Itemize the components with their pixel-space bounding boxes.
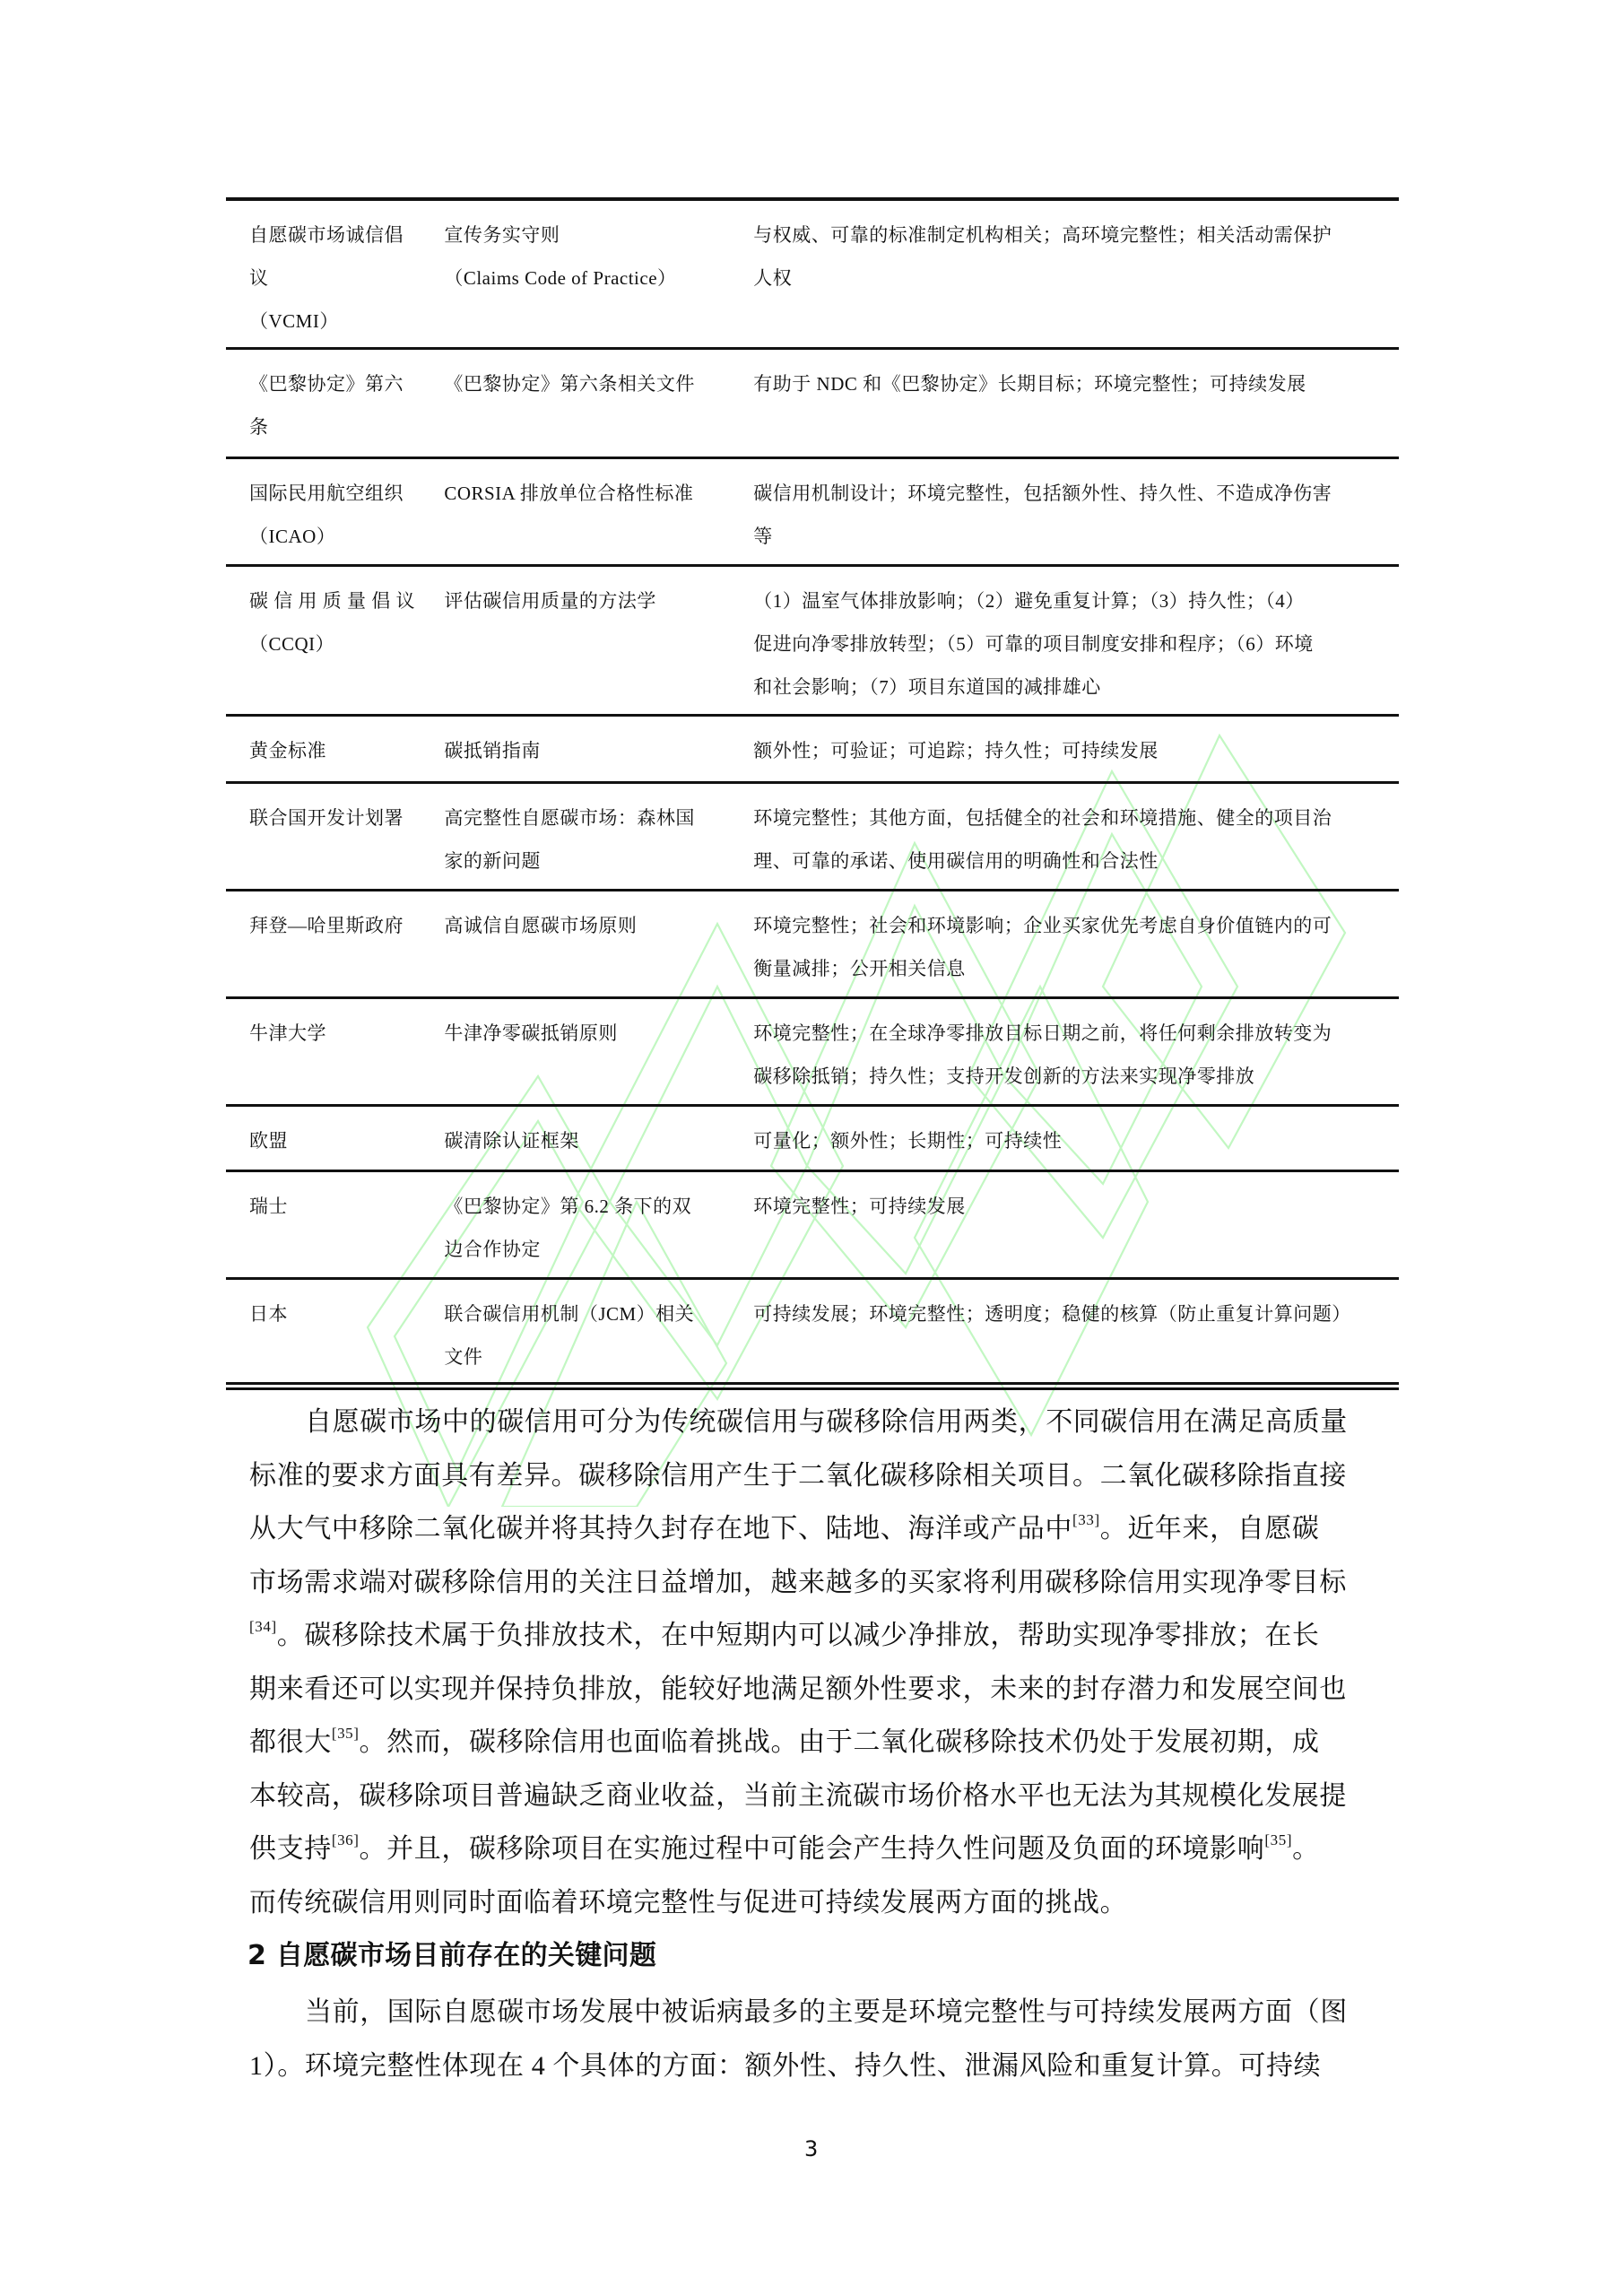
citation: [35]	[1264, 1831, 1292, 1848]
document-cell: 牛津净零碳抵销原则	[444, 999, 753, 1104]
document-cell: 《巴黎协定》第六条相关文件	[444, 350, 753, 457]
criteria-cell: 额外性；可验证；可追踪；持久性；可持续发展	[753, 717, 1399, 781]
section-heading: 2 自愿碳市场目前存在的关键问题	[247, 1933, 656, 1972]
criteria-cell: 环境完整性；其他方面，包括健全的社会和环境措施、健全的项目治 理、可靠的承诺、使…	[753, 784, 1399, 889]
page-number: 3	[804, 2136, 818, 2161]
paragraph-line: 1）。环境完整性体现在 4 个具体的方面：额外性、持久性、泄漏风险和重复计算。可…	[249, 2039, 1386, 2093]
criteria-cell: 可持续发展；环境完整性；透明度；稳健的核算（防止重复计算问题）	[753, 1280, 1399, 1382]
paragraph-line: 标准的要求方面具有差异。碳移除信用产生于二氧化碳移除相关项目。二氧化碳移除指直接	[249, 1449, 1386, 1503]
paragraph-key-issues: 当前，国际自愿碳市场发展中被诟病最多的主要是环境完整性与可持续发展两方面（图 1…	[249, 1986, 1386, 2092]
paragraph-line: 而传统碳信用则同时面临着环境完整性与促进可持续发展两方面的挑战。	[249, 1876, 1386, 1930]
organization-cell: 联合国开发计划署	[226, 784, 444, 889]
document-cell: 高完整性自愿碳市场：森林国 家的新问题	[444, 784, 753, 889]
document-cell: 宣传务实守则 （Claims Code of Practice）	[444, 201, 753, 347]
criteria-cell: 碳信用机制设计；环境完整性，包括额外性、持久性、不造成净伤害 等	[753, 459, 1399, 564]
organization-cell: 日本	[226, 1280, 444, 1382]
paragraph-line: 当前，国际自愿碳市场发展中被诟病最多的主要是环境完整性与可持续发展两方面（图	[249, 1986, 1386, 2039]
citation: [36]	[332, 1831, 360, 1848]
table-row: 碳 信 用 质 量 倡 议 （CCQI） 评估碳信用质量的方法学 （1）温室气体…	[226, 564, 1399, 714]
table-row: 瑞士 《巴黎协定》第 6.2 条下的双 边合作协定 环境完整性；可持续发展	[226, 1170, 1399, 1277]
citation: [33]	[1072, 1511, 1100, 1528]
paragraph-line: [34]。碳移除技术属于负排放技术，在中短期内可以减少净排放，帮助实现净零排放；…	[249, 1609, 1386, 1663]
paragraph-line: 自愿碳市场中的碳信用可分为传统碳信用与碳移除信用两类，不同碳信用在满足高质量	[249, 1396, 1386, 1449]
organization-cell: 国际民用航空组织 （ICAO）	[226, 459, 444, 564]
paragraph-line: 市场需求端对碳移除信用的关注日益增加，越来越多的买家将利用碳移除信用实现净零目标	[249, 1556, 1386, 1610]
carbon-credit-standards-table: 自愿碳市场诚信倡 议 （VCMI） 宣传务实守则 （Claims Code of…	[226, 197, 1399, 1390]
paragraph-line: 本较高，碳移除项目普遍缺乏商业收益，当前主流碳市场价格水平也无法为其规模化发展提	[249, 1770, 1386, 1823]
document-cell: 《巴黎协定》第 6.2 条下的双 边合作协定	[444, 1172, 753, 1277]
paragraph-carbon-removal: 自愿碳市场中的碳信用可分为传统碳信用与碳移除信用两类，不同碳信用在满足高质量 标…	[249, 1396, 1386, 1929]
table-bottom-double-rule	[226, 1382, 1399, 1390]
document-cell: 高诚信自愿碳市场原则	[444, 891, 753, 996]
document-cell: 联合碳信用机制（JCM）相关 文件	[444, 1280, 753, 1382]
table-row: 牛津大学 牛津净零碳抵销原则 环境完整性；在全球净零排放目标日期之前，将任何剩余…	[226, 996, 1399, 1104]
criteria-cell: 有助于 NDC 和《巴黎协定》长期目标；环境完整性；可持续发展	[753, 350, 1399, 457]
document-cell: 碳清除认证框架	[444, 1107, 753, 1170]
citation: [35]	[332, 1725, 360, 1742]
paragraph-line: 从大气中移除二氧化碳并将其持久封存在地下、陆地、海洋或产品中[33]。近年来，自…	[249, 1502, 1386, 1556]
organization-cell: 自愿碳市场诚信倡 议 （VCMI）	[226, 201, 444, 347]
organization-cell: 《巴黎协定》第六 条	[226, 350, 444, 457]
document-cell: 评估碳信用质量的方法学	[444, 567, 753, 714]
organization-cell: 碳 信 用 质 量 倡 议 （CCQI）	[226, 567, 444, 714]
criteria-cell: （1）温室气体排放影响；（2）避免重复计算；（3）持久性；（4） 促进向净零排放…	[753, 567, 1399, 714]
table-row: 《巴黎协定》第六 条 《巴黎协定》第六条相关文件 有助于 NDC 和《巴黎协定》…	[226, 347, 1399, 457]
table-row: 国际民用航空组织 （ICAO） CORSIA 排放单位合格性标准 碳信用机制设计…	[226, 457, 1399, 564]
organization-cell: 瑞士	[226, 1172, 444, 1277]
document-cell: 碳抵销指南	[444, 717, 753, 781]
organization-cell: 黄金标准	[226, 717, 444, 781]
table-row: 黄金标准 碳抵销指南 额外性；可验证；可追踪；持久性；可持续发展	[226, 714, 1399, 781]
criteria-cell: 与权威、可靠的标准制定机构相关；高环境完整性；相关活动需保护 人权	[753, 201, 1399, 347]
table-row: 日本 联合碳信用机制（JCM）相关 文件 可持续发展；环境完整性；透明度；稳健的…	[226, 1277, 1399, 1382]
paragraph-line: 供支持[36]。并且，碳移除项目在实施过程中可能会产生持久性问题及负面的环境影响…	[249, 1822, 1386, 1876]
document-cell: CORSIA 排放单位合格性标准	[444, 459, 753, 564]
table-row: 拜登—哈里斯政府 高诚信自愿碳市场原则 环境完整性；社会和环境影响；企业买家优先…	[226, 889, 1399, 996]
document-page: 自愿碳市场诚信倡 议 （VCMI） 宣传务实守则 （Claims Code of…	[0, 0, 1623, 2296]
organization-cell: 欧盟	[226, 1107, 444, 1170]
organization-cell: 牛津大学	[226, 999, 444, 1104]
criteria-cell: 可量化；额外性；长期性；可持续性	[753, 1107, 1399, 1170]
criteria-cell: 环境完整性；社会和环境影响；企业买家优先考虑自身价值链内的可 衡量减排；公开相关…	[753, 891, 1399, 996]
table-row: 联合国开发计划署 高完整性自愿碳市场：森林国 家的新问题 环境完整性；其他方面，…	[226, 781, 1399, 889]
citation: [34]	[249, 1618, 277, 1635]
organization-cell: 拜登—哈里斯政府	[226, 891, 444, 996]
paragraph-line: 都很大[35]。然而，碳移除信用也面临着挑战。由于二氧化碳移除技术仍处于发展初期…	[249, 1716, 1386, 1770]
paragraph-line: 期来看还可以实现并保持负排放，能较好地满足额外性要求，未来的封存潜力和发展空间也	[249, 1663, 1386, 1717]
criteria-cell: 环境完整性；在全球净零排放目标日期之前，将任何剩余排放转变为 碳移除抵销；持久性…	[753, 999, 1399, 1104]
table-row: 自愿碳市场诚信倡 议 （VCMI） 宣传务实守则 （Claims Code of…	[226, 197, 1399, 347]
table-row: 欧盟 碳清除认证框架 可量化；额外性；长期性；可持续性	[226, 1104, 1399, 1170]
criteria-cell: 环境完整性；可持续发展	[753, 1172, 1399, 1277]
